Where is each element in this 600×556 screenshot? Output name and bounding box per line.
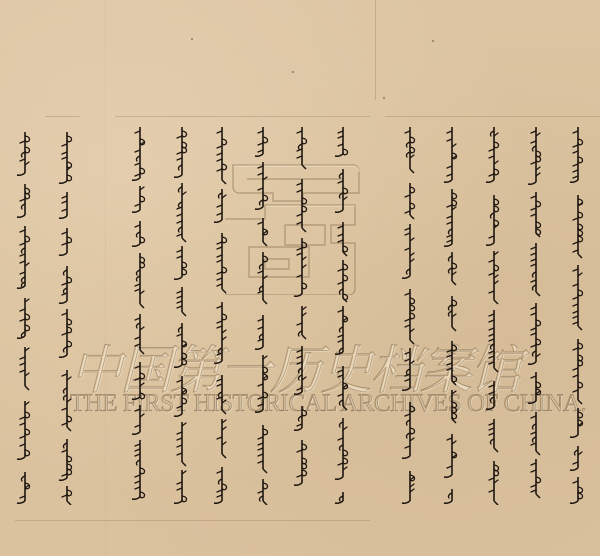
manchu-script-glyphs <box>568 125 588 505</box>
archival-document-page: 中国第一历史档案馆 THE FIRST HISTORICAL ARCHIVES … <box>0 0 600 556</box>
manchu-text-column <box>292 125 312 505</box>
paper-speck <box>383 97 385 99</box>
manchu-text-column <box>333 125 353 505</box>
manchu-script-glyphs <box>253 125 273 505</box>
ruled-line <box>45 116 80 117</box>
paper-speck <box>432 40 434 42</box>
manchu-script-glyphs <box>212 125 232 505</box>
manchu-text-column <box>130 125 150 505</box>
manchu-script-glyphs <box>172 125 192 505</box>
manchu-text-column <box>253 125 273 505</box>
manchu-script-glyphs <box>526 125 546 505</box>
manchu-text-column <box>568 125 588 505</box>
manchu-text-column <box>526 125 546 505</box>
manchu-text-column <box>442 125 462 505</box>
page-fold-line <box>375 0 376 100</box>
manchu-text-column <box>484 125 504 505</box>
manchu-text-column <box>172 125 192 505</box>
manchu-script-glyphs <box>333 125 353 505</box>
manchu-text-column <box>57 130 77 505</box>
manchu-script-glyphs <box>57 130 77 505</box>
manchu-script-glyphs <box>442 125 462 505</box>
ruled-line <box>385 116 600 117</box>
manchu-text-column <box>15 130 35 505</box>
ruled-line <box>115 116 370 117</box>
manchu-script-glyphs <box>292 125 312 505</box>
manchu-text-column <box>400 125 420 505</box>
manchu-script-glyphs <box>400 125 420 505</box>
paper-speck <box>292 71 294 73</box>
manchu-script-glyphs <box>130 125 150 505</box>
manchu-script-glyphs <box>15 130 35 505</box>
manchu-script-glyphs <box>484 125 504 505</box>
paper-speck <box>191 38 193 40</box>
paper-crease <box>105 0 106 556</box>
manchu-text-column <box>212 125 232 505</box>
ruled-line <box>15 520 370 521</box>
